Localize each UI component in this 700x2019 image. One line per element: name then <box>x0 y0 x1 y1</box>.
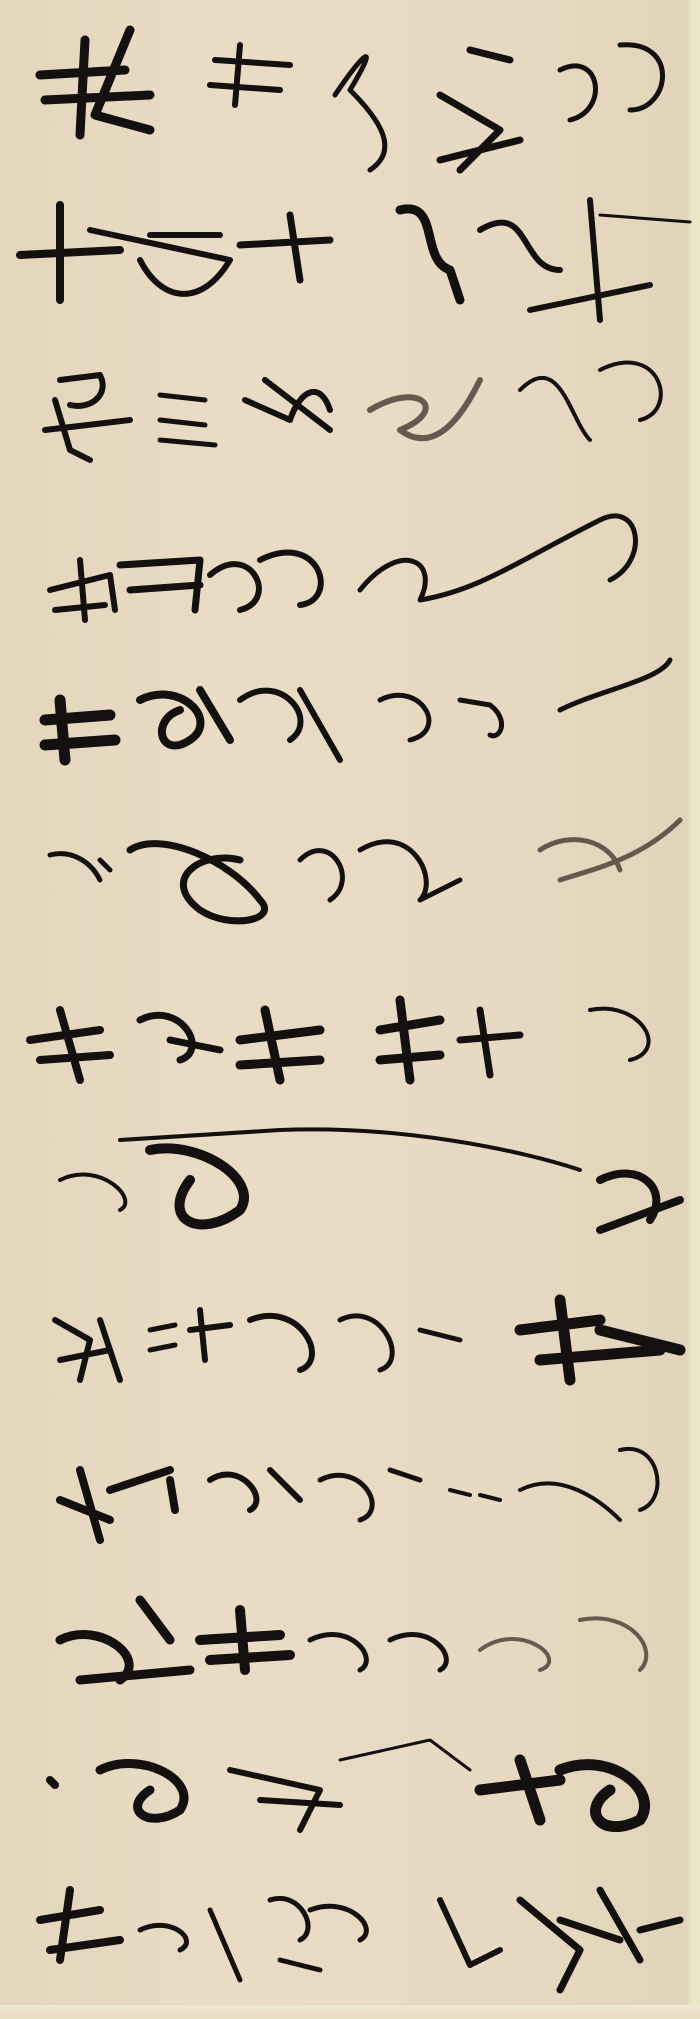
line-7 <box>30 1000 649 1080</box>
line-1 <box>40 30 663 170</box>
line-5 <box>45 660 670 760</box>
line-2 <box>20 200 690 320</box>
line-11 <box>60 1600 646 1680</box>
line-3 <box>45 363 661 460</box>
line-12 <box>50 1740 645 1830</box>
line-8 <box>60 1129 680 1230</box>
ink-strokes <box>0 0 700 2019</box>
calligraphy-scroll <box>0 0 700 2019</box>
line-13 <box>40 1890 680 1990</box>
line-6 <box>50 820 680 921</box>
line-9 <box>55 1300 680 1380</box>
line-4 <box>50 516 635 620</box>
line-10 <box>60 1449 657 1540</box>
